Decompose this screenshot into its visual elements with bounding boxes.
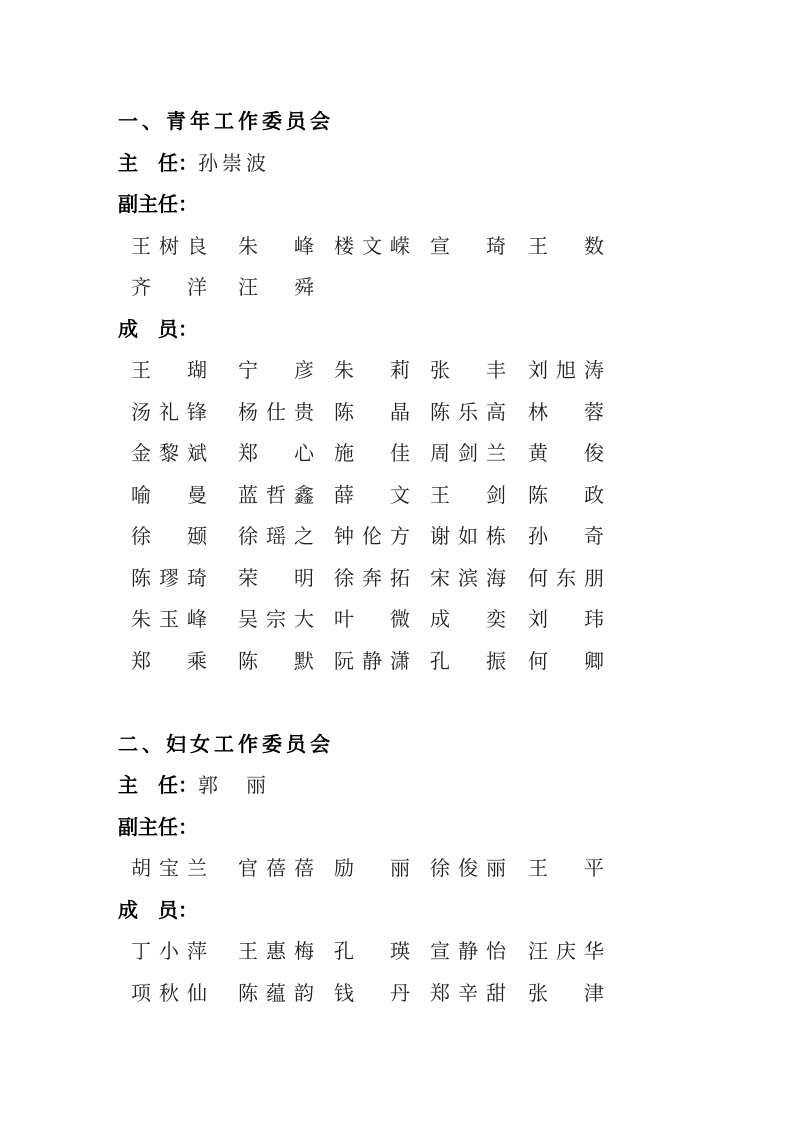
director-line: 主 任：孙崇波 (0, 141, 793, 183)
member-name: 励 丽 (334, 852, 410, 881)
member-name: 杨仕贵 (238, 396, 314, 425)
member-name: 施 佳 (334, 437, 410, 466)
deputy-name-rows: 王树良朱 峰楼文嵘宣 琦王 数齐 洋汪 舜 (0, 224, 793, 307)
member-name: 吴宗大 (238, 603, 314, 632)
member-name: 王 瑚 (131, 354, 207, 383)
member-name: 郑辛甜 (430, 977, 506, 1006)
member-name: 孔 振 (430, 645, 506, 674)
document-page: 一、青年工作委员会 主 任：孙崇波 副主任： 王树良朱 峰楼文嵘宣 琦王 数齐 … (0, 0, 793, 1012)
member-name: 刘旭涛 (528, 354, 604, 383)
member-name: 陈乐高 (430, 396, 506, 425)
members-label-line: 成 员： (0, 307, 793, 349)
member-name: 陈璆琦 (131, 562, 207, 591)
member-name: 朱玉峰 (131, 603, 207, 632)
member-name: 宋滨海 (430, 562, 506, 591)
member-name: 项秋仙 (131, 977, 207, 1006)
member-name: 何东朋 (528, 562, 604, 591)
director-label: 主 任： (118, 147, 198, 176)
member-name: 徐俊丽 (430, 852, 506, 881)
member-name: 林 蓉 (528, 396, 604, 425)
name-row: 徐 颋徐瑶之钟伦方谢如栋孙 奇 (0, 514, 793, 556)
member-name: 王 剑 (430, 479, 506, 508)
director-name: 孙崇波 (198, 147, 270, 176)
member-name: 张 津 (528, 977, 604, 1006)
members-label: 成 员： (118, 313, 198, 342)
member-name-rows: 王 瑚宁 彦朱 莉张 丰刘旭涛汤礼锋杨仕贵陈 晶陈乐高林 蓉金黎斌郑 心施 佳周… (0, 348, 793, 680)
section-heading: 二、妇女工作委员会 (118, 728, 334, 757)
member-name: 丁小萍 (131, 935, 207, 964)
member-name: 何 卿 (528, 645, 604, 674)
member-name: 陈 政 (528, 479, 604, 508)
member-name: 荣 明 (238, 562, 314, 591)
name-row: 王树良朱 峰楼文嵘宣 琦王 数 (0, 224, 793, 266)
document-body: 一、青年工作委员会 主 任：孙崇波 副主任： 王树良朱 峰楼文嵘宣 琦王 数齐 … (0, 99, 793, 1012)
member-name: 蓝哲鑫 (238, 479, 314, 508)
name-row: 朱玉峰吴宗大叶 微成 奕刘 玮 (0, 597, 793, 639)
member-name-rows: 丁小萍王惠梅孔 瑛宣静怡汪庆华项秋仙陈蕴韵钱 丹郑辛甜张 津 (0, 929, 793, 1012)
section-gap (0, 680, 793, 722)
member-name: 薛 文 (334, 479, 410, 508)
member-name: 钟伦方 (334, 520, 410, 549)
section-heading: 一、青年工作委员会 (118, 105, 334, 134)
director-label: 主 任： (118, 769, 198, 798)
member-name: 汤礼锋 (131, 396, 207, 425)
member-name: 王 平 (528, 852, 604, 881)
member-name: 喻 曼 (131, 479, 207, 508)
director-line: 主 任：郭 丽 (0, 763, 793, 805)
members-label: 成 员： (118, 894, 198, 923)
member-name: 陈蕴韵 (238, 977, 314, 1006)
member-name: 朱 峰 (238, 230, 314, 259)
members-label-line: 成 员： (0, 888, 793, 930)
member-name: 陈 晶 (334, 396, 410, 425)
member-name: 陈 默 (238, 645, 314, 674)
member-name: 王惠梅 (238, 935, 314, 964)
section-heading-line: 一、青年工作委员会 (0, 99, 793, 141)
member-name: 汪 舜 (238, 271, 314, 300)
name-row: 项秋仙陈蕴韵钱 丹郑辛甜张 津 (0, 971, 793, 1013)
member-name: 叶 微 (334, 603, 410, 632)
member-name: 徐瑶之 (238, 520, 314, 549)
member-name: 宣静怡 (430, 935, 506, 964)
name-row: 喻 曼蓝哲鑫薛 文王 剑陈 政 (0, 473, 793, 515)
name-row: 郑 乘陈 默阮静潇孔 振何 卿 (0, 639, 793, 681)
committee-section: 二、妇女工作委员会 主 任：郭 丽 副主任： 胡宝兰官蓓蓓励 丽徐俊丽王 平 成… (0, 722, 793, 1013)
member-name: 谢如栋 (430, 520, 506, 549)
member-name: 郑 乘 (131, 645, 207, 674)
name-row: 胡宝兰官蓓蓓励 丽徐俊丽王 平 (0, 846, 793, 888)
deputy-label: 副主任： (118, 188, 198, 217)
member-name: 成 奕 (430, 603, 506, 632)
member-name: 周剑兰 (430, 437, 506, 466)
member-name: 郑 心 (238, 437, 314, 466)
member-name: 黄 俊 (528, 437, 604, 466)
member-name: 齐 洋 (131, 271, 207, 300)
name-row: 金黎斌郑 心施 佳周剑兰黄 俊 (0, 431, 793, 473)
deputy-name-rows: 胡宝兰官蓓蓓励 丽徐俊丽王 平 (0, 846, 793, 888)
member-name: 王 数 (528, 230, 604, 259)
member-name: 王树良 (131, 230, 207, 259)
name-row: 王 瑚宁 彦朱 莉张 丰刘旭涛 (0, 348, 793, 390)
member-name: 张 丰 (430, 354, 506, 383)
member-name: 刘 玮 (528, 603, 604, 632)
committee-section: 一、青年工作委员会 主 任：孙崇波 副主任： 王树良朱 峰楼文嵘宣 琦王 数齐 … (0, 99, 793, 722)
name-row: 齐 洋汪 舜 (0, 265, 793, 307)
deputy-label-line: 副主任： (0, 182, 793, 224)
name-row: 汤礼锋杨仕贵陈 晶陈乐高林 蓉 (0, 390, 793, 432)
member-name: 钱 丹 (334, 977, 410, 1006)
member-name: 官蓓蓓 (238, 852, 314, 881)
member-name: 宣 琦 (430, 230, 506, 259)
member-name: 胡宝兰 (131, 852, 207, 881)
member-name: 朱 莉 (334, 354, 410, 383)
member-name: 楼文嵘 (334, 230, 410, 259)
member-name: 宁 彦 (238, 354, 314, 383)
deputy-label-line: 副主任： (0, 805, 793, 847)
member-name: 金黎斌 (131, 437, 207, 466)
director-name: 郭 丽 (198, 769, 270, 798)
member-name: 徐 颋 (131, 520, 207, 549)
member-name: 汪庆华 (528, 935, 604, 964)
section-heading-line: 二、妇女工作委员会 (0, 722, 793, 764)
member-name: 阮静潇 (334, 645, 410, 674)
member-name: 孔 瑛 (334, 935, 410, 964)
name-row: 丁小萍王惠梅孔 瑛宣静怡汪庆华 (0, 929, 793, 971)
deputy-label: 副主任： (118, 811, 198, 840)
name-row: 陈璆琦荣 明徐奔拓宋滨海何东朋 (0, 556, 793, 598)
member-name: 孙 奇 (528, 520, 604, 549)
member-name: 徐奔拓 (334, 562, 410, 591)
